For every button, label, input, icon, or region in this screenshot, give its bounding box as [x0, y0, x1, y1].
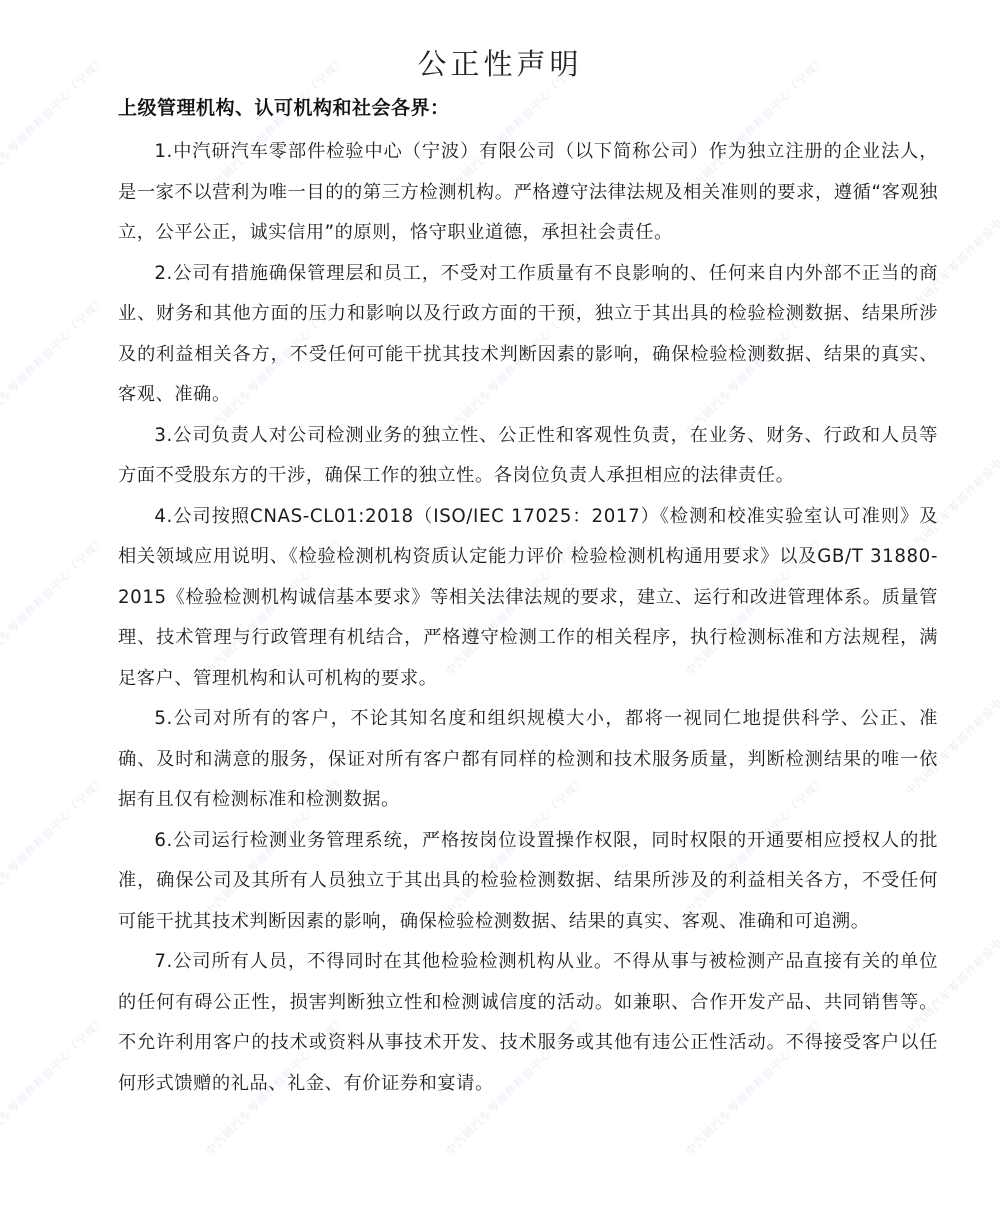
paragraph-7: 7.公司所有人员，不得同时在其他检验检测机构从业。不得从事与被检测产品直接有关的…: [118, 942, 938, 1104]
document-body: 1.中汽研汽车零部件检验中心（宁波）有限公司（以下简称公司）作为独立注册的企业法…: [118, 132, 938, 1104]
salutation: 上级管理机构、认可机构和社会各界：: [118, 93, 450, 120]
document-title: 公正性声明: [0, 42, 1000, 83]
paragraph-2: 2.公司有措施确保管理层和员工，不受对工作质量有不良影响的、任何来自内外部不正当…: [118, 254, 938, 416]
paragraph-6: 6.公司运行检测业务管理系统，严格按岗位设置操作权限，同时权限的开通要相应授权人…: [118, 821, 938, 943]
paragraph-1: 1.中汽研汽车零部件检验中心（宁波）有限公司（以下简称公司）作为独立注册的企业法…: [118, 132, 938, 254]
paragraph-4: 4.公司按照CNAS-CL01:2018（ISO/IEC 17025：2017）…: [118, 497, 938, 700]
document-page: 公正性声明 上级管理机构、认可机构和社会各界： 1.中汽研汽车零部件检验中心（宁…: [0, 0, 1000, 1226]
paragraph-3: 3.公司负责人对公司检测业务的独立性、公正性和客观性负责，在业务、财务、行政和人…: [118, 416, 938, 497]
paragraph-5: 5.公司对所有的客户，不论其知名度和组织规模大小，都将一视同仁地提供科学、公正、…: [118, 699, 938, 821]
